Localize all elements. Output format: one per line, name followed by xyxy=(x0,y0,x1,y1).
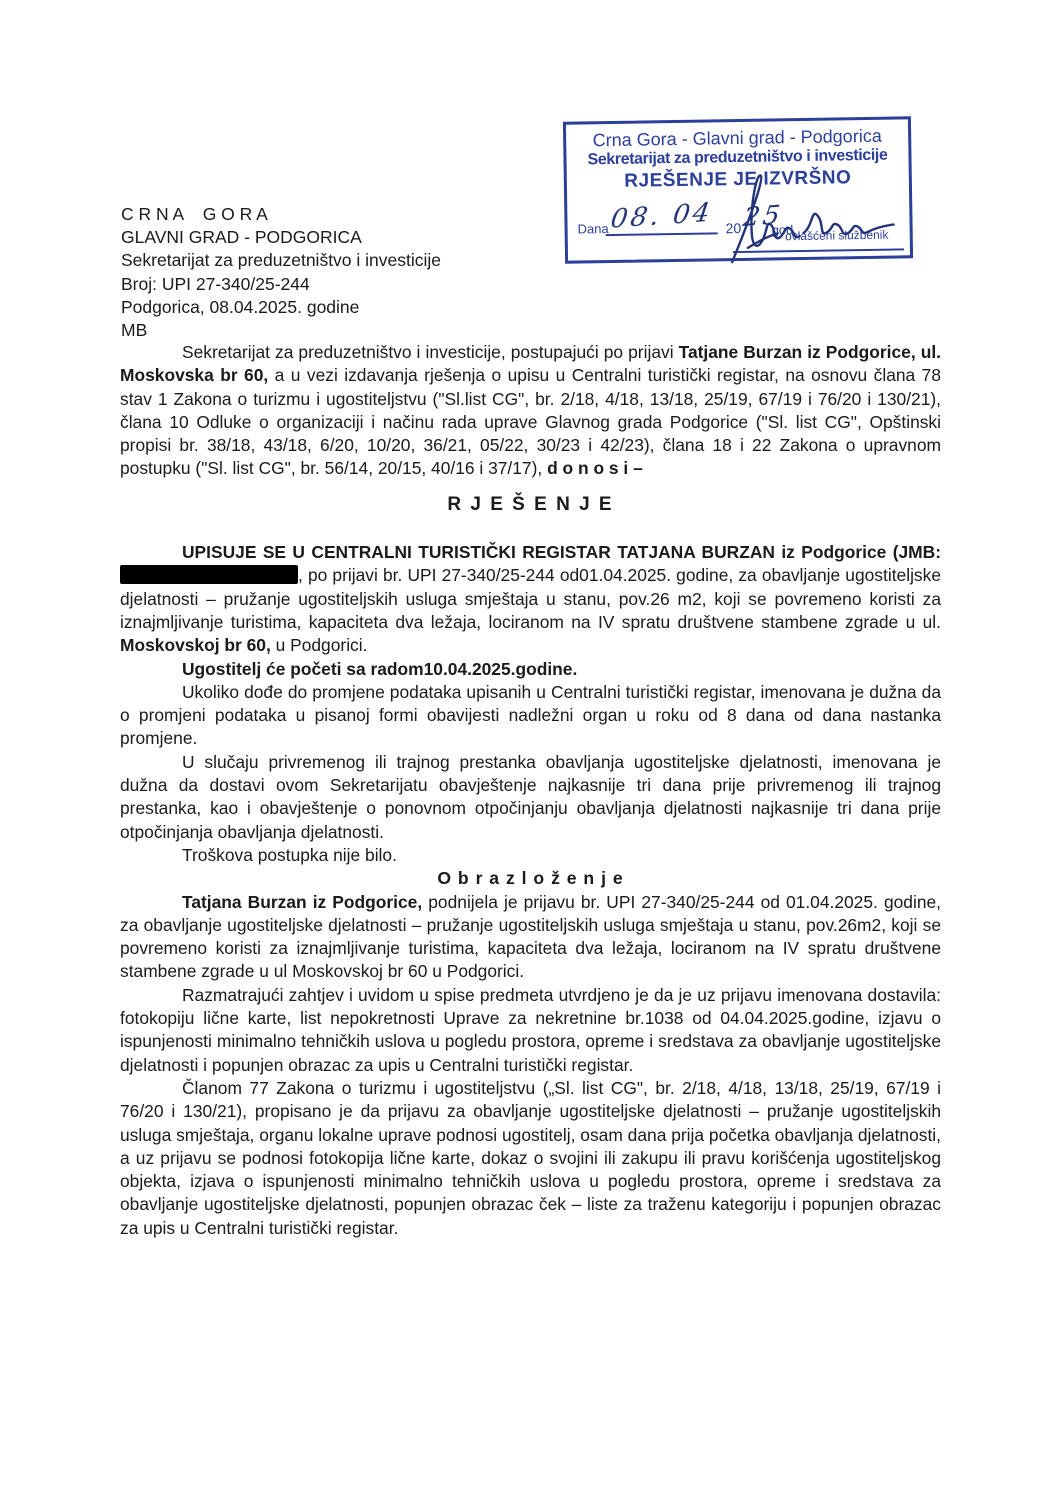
text-segment: Tatjana Burzan iz Podgorice, xyxy=(182,892,422,912)
text-segment: Ukoliko dođe do promjene podataka upisan… xyxy=(120,682,941,749)
jmb-redaction-box xyxy=(120,565,298,584)
text-segment: Troškova postupka nije bilo. xyxy=(182,845,397,865)
text-segment: Moskovskoj br 60, xyxy=(120,635,271,655)
rationale-title: O b r a z l o ž e n j e xyxy=(120,867,941,890)
letterhead-department: Sekretarijat za preduzetništvo i investi… xyxy=(121,249,441,272)
text-segment: UPISUJE SE U CENTRALNI TURISTIČKI REGIST… xyxy=(182,542,941,562)
letterhead-place-date: Podgorica, 08.04.2025. godine xyxy=(121,296,441,319)
document-page: Crna Gora - Glavni grad - Podgorica Sekr… xyxy=(0,0,1058,1497)
stamp-date-underline: 08. 04 xyxy=(605,200,718,236)
paragraph-rationale-article77: Članom 77 Zakona o turizmu i ugostiteljs… xyxy=(120,1077,941,1240)
letterhead-city: GLAVNI GRAD - PODGORICA xyxy=(121,226,441,249)
signature xyxy=(717,167,913,265)
paragraph-change-notice: Ukoliko dođe do promjene podataka upisan… xyxy=(120,681,941,751)
paragraph-intro: Sekretarijat za preduzetništvo i investi… xyxy=(120,341,941,481)
paragraph-cessation-notice: U slučaju privremenog ili trajnog presta… xyxy=(120,751,941,844)
verification-stamp: Crna Gora - Glavni grad - Podgorica Sekr… xyxy=(563,116,913,263)
paragraph-operative-registration: UPISUJE SE U CENTRALNI TURISTIČKI REGIST… xyxy=(120,541,941,657)
paragraph-costs: Troškova postupka nije bilo. xyxy=(120,844,941,867)
text-segment: Razmatrajući zahtjev i uvidom u spise pr… xyxy=(120,985,941,1075)
text-segment: U slučaju privremenog ili trajnog presta… xyxy=(120,752,941,842)
text-segment: Članom 77 Zakona o turizmu i ugostiteljs… xyxy=(120,1078,941,1238)
decision-title: R J E Š E N J E xyxy=(120,493,941,516)
document-body: Sekretarijat za preduzetništvo i investi… xyxy=(120,341,941,1240)
paragraph-rationale-application: Tatjana Burzan iz Podgorice, podnijela j… xyxy=(120,891,941,984)
paragraph-rationale-review: Razmatrajući zahtjev i uvidom u spise pr… xyxy=(120,984,941,1077)
letterhead: C R N A G O R A GLAVNI GRAD - PODGORICA … xyxy=(121,203,441,342)
paragraph-start-date: Ugostitelj će početi sa radom10.04.2025.… xyxy=(120,658,941,681)
handwritten-date: 08. 04 xyxy=(608,198,714,235)
stamp-date-label: Dana xyxy=(577,221,608,236)
letterhead-case-number: Broj: UPI 27-340/25-244 xyxy=(121,273,441,296)
text-segment: d o n o s i – xyxy=(547,458,643,478)
text-segment: Sekretarijat za preduzetništvo i investi… xyxy=(182,342,679,362)
letterhead-country: C R N A G O R A xyxy=(121,203,441,226)
letterhead-initials: MB xyxy=(121,319,441,342)
text-segment: Ugostitelj će početi sa radom10.04.2025.… xyxy=(182,659,577,679)
text-segment: u Podgorici. xyxy=(271,635,368,655)
